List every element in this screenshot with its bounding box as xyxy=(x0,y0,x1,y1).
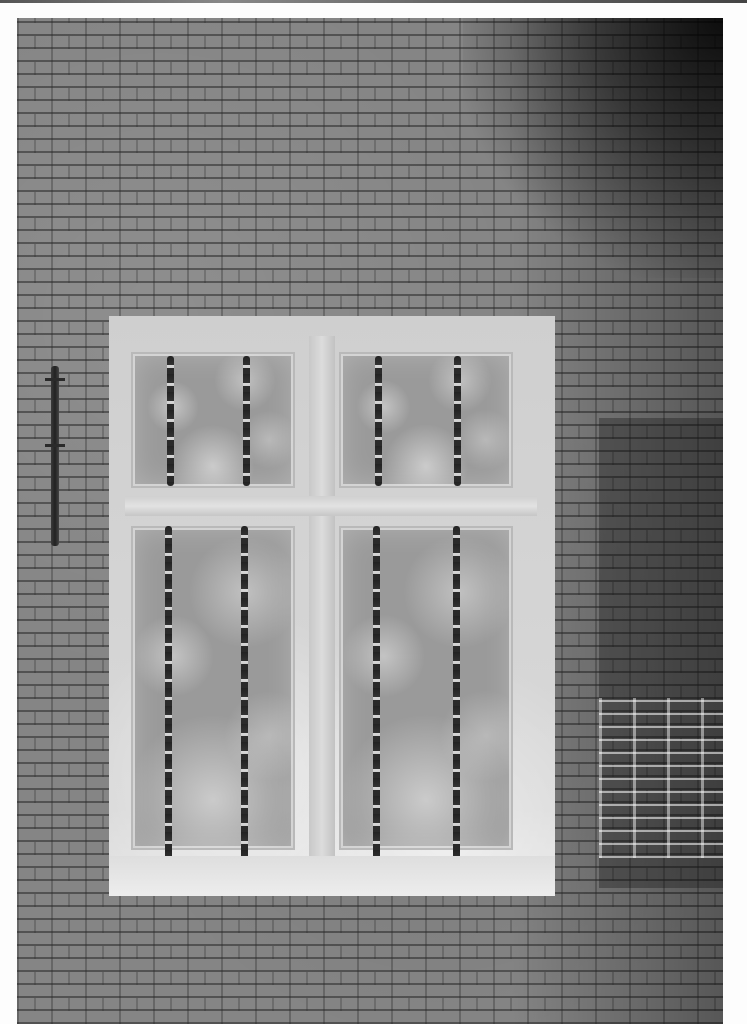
window-pane-bottom-left xyxy=(131,526,295,850)
iron-bar xyxy=(243,356,250,486)
photograph xyxy=(17,18,723,1024)
dark-corner-shadow xyxy=(463,18,723,278)
iron-bar xyxy=(165,526,172,866)
iron-bar xyxy=(373,526,380,866)
iron-bar xyxy=(453,526,460,866)
window-sill xyxy=(109,856,555,896)
window-pane-top-left xyxy=(131,352,295,488)
window-transom xyxy=(125,496,537,516)
scan-top-strip xyxy=(0,0,747,3)
window-pane-bottom-right xyxy=(339,526,513,850)
barred-window xyxy=(109,316,555,896)
iron-hinge-pin xyxy=(51,366,59,546)
window-pane-top-right xyxy=(339,352,513,488)
iron-bar xyxy=(375,356,382,486)
iron-bar xyxy=(454,356,461,486)
window-mullion xyxy=(309,336,335,866)
iron-bar xyxy=(167,356,174,486)
iron-bar xyxy=(241,526,248,866)
whitewashed-mortar-patch xyxy=(599,698,723,858)
